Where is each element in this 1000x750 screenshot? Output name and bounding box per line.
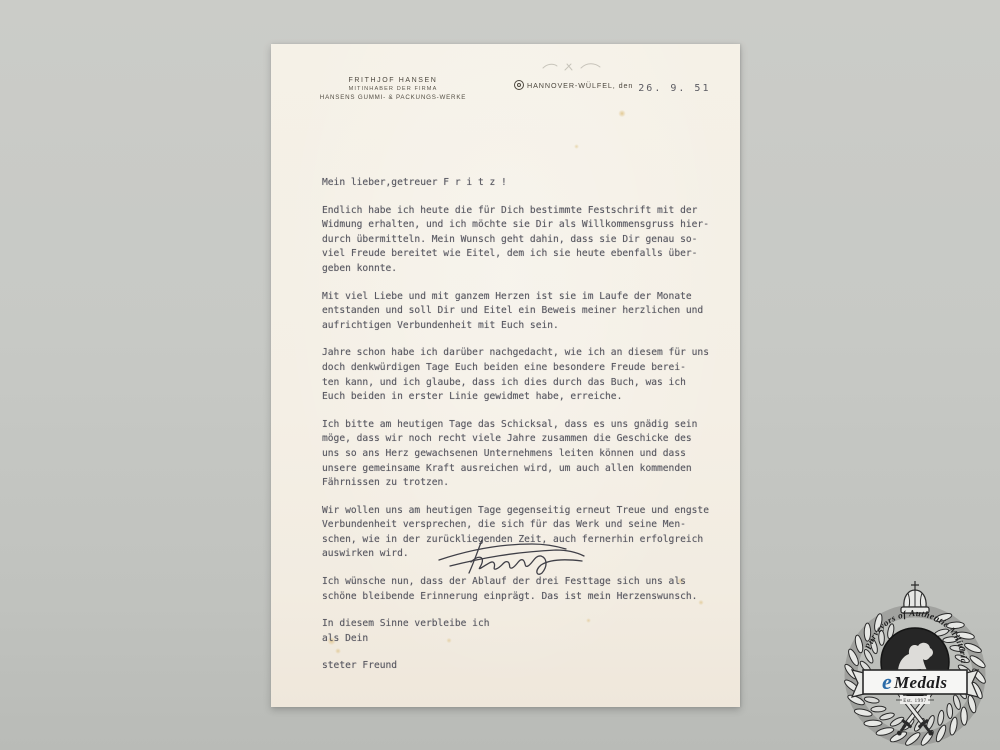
signature — [436, 533, 591, 582]
letter-greeting: Mein lieber,getreuer F r i t z ! — [322, 176, 724, 191]
valediction-line: als Dein — [322, 632, 724, 647]
letter-paragraph: Endlich habe ich heute die für Dich best… — [322, 204, 724, 277]
age-spot — [574, 144, 579, 149]
letterhead-company: HANSENS GUMMI- & PACKUNGS-WERKE — [311, 94, 475, 101]
photo-background: FRITHJOF HANSEN MITINHABER DER FIRMA HAN… — [0, 0, 1000, 750]
letter-document: FRITHJOF HANSEN MITINHABER DER FIRMA HAN… — [271, 44, 740, 707]
letter-closing: In diesem Sinne verbleibe ich — [322, 617, 724, 632]
emedals-watermark-logo: Purveyors of Authentic Militaria e Medal… — [830, 573, 1000, 750]
letter-paragraph: Mit viel Liebe und mit ganzem Herzen ist… — [322, 290, 724, 334]
letter-paragraph: Jahre schon habe ich darüber nachgedacht… — [322, 346, 724, 404]
est-text: Est. 1997 — [903, 699, 926, 704]
valediction-line: steter Freund — [322, 659, 724, 674]
letterhead-name: FRITHJOF HANSEN — [311, 77, 475, 84]
letterhead-block: FRITHJOF HANSEN MITINHABER DER FIRMA HAN… — [311, 77, 475, 101]
brand-name: Medals — [893, 673, 947, 692]
dateline-date: 26. 9. 51 — [638, 83, 710, 94]
trademark-circle-icon — [514, 80, 524, 90]
established-date: Est. 1997 — [896, 696, 934, 704]
dateline-place: HANNOVER-WÜLFEL, den — [527, 80, 633, 90]
letter-paragraph: Ich bitte am heutigen Tage das Schicksal… — [322, 418, 724, 491]
dateline: HANNOVER-WÜLFEL, den 26. 9. 51 — [514, 80, 710, 91]
pencil-marks — [537, 54, 607, 80]
letter-body: Mein lieber,getreuer F r i t z ! Endlich… — [322, 176, 724, 687]
age-spot — [618, 110, 626, 117]
brand-banner: e Medals — [852, 669, 978, 697]
brand-letter-e: e — [882, 669, 892, 694]
letterhead-role: MITINHABER DER FIRMA — [311, 86, 475, 92]
